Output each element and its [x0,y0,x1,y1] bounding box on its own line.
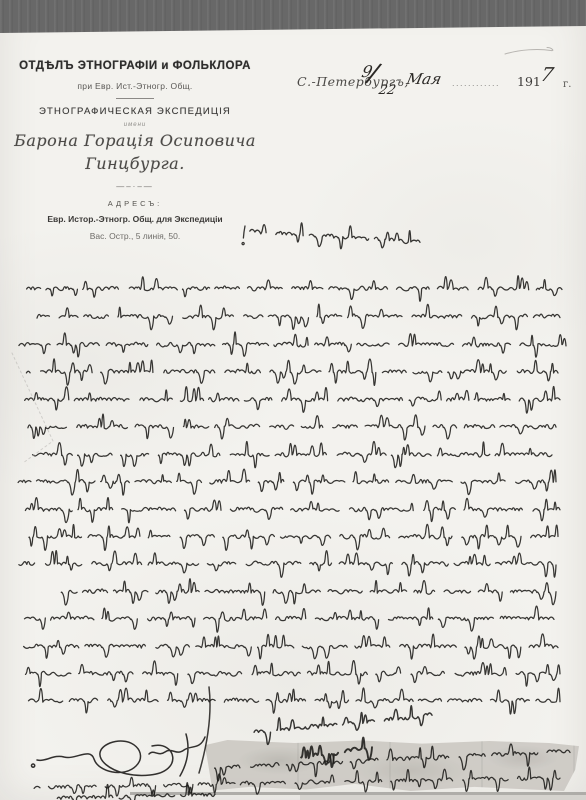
ink-stroke [24,634,558,659]
ink-stroke [26,359,558,385]
letterhead-org-subtitle: при Евр. Ист.-Этногр. Общ. [14,81,256,91]
letterhead: ОТДѢЛЪ ЭТНОГРАФІИ и ФОЛЬКЛОРА при Евр. И… [14,60,256,241]
ink-stroke [19,551,556,578]
ink-stroke [19,332,566,357]
letterhead-address-line1: Евр. Истор.-Этногр. Общ. для Экспедиціи [14,214,256,224]
dateline-day2-written: 22 [377,83,397,98]
ink-stroke [18,469,556,495]
letterhead-rule [116,98,154,99]
scanner-edge-band [0,0,586,34]
ink-stroke [250,223,420,249]
letterhead-ornament: —–·–— [14,182,256,191]
scanned-letter-page: ОТДѢЛЪ ЭТНОГРАФІИ и ФОЛЬКЛОРА при Евр. И… [0,0,586,800]
letterhead-address-label: АДРЕСЪ: [14,199,256,208]
smudge-stain-band [205,740,579,791]
dateline-year-digit-written: 7 [539,64,556,86]
dateline-year-suffix: г. [563,79,571,90]
letterhead-patron-line1: Барона Горація Осиповича [14,131,256,150]
ink-stroke [25,606,555,632]
ink-stroke [505,48,553,55]
dateline-year-printed: 191 [517,74,541,89]
ink-stroke [27,276,562,302]
ink-stroke [29,688,561,714]
letterhead-expedition-title: ЭТНОГРАФИЧЕСКАЯ ЭКСПЕДИЦІЯ [14,106,256,117]
letterhead-address-line2: Вас. Остр., 5 линія, 50. [14,231,256,241]
ink-stroke [33,442,552,468]
ink-stroke [25,498,560,523]
ink-stroke [37,304,560,330]
ink-stroke [32,734,206,776]
ink-stroke [61,579,556,606]
ink-stroke [26,661,561,687]
ink-stroke [254,706,432,745]
letterhead-org-title: ОТДѢЛЪ ЭТНОГРАФІИ и ФОЛЬКЛОРА [14,60,256,72]
bottom-edge-streak-light [300,795,586,800]
dateline-dotted-leader: ............ [452,78,500,88]
ink-stroke [12,353,53,463]
ink-stroke [28,414,556,440]
ink-stroke [25,387,560,414]
letterhead-patron-line2: Гинцбурга. [14,154,256,173]
letterhead-imeni: имени [14,122,256,128]
dateline-month-written: Мая [405,70,443,88]
ink-stroke [29,524,558,550]
